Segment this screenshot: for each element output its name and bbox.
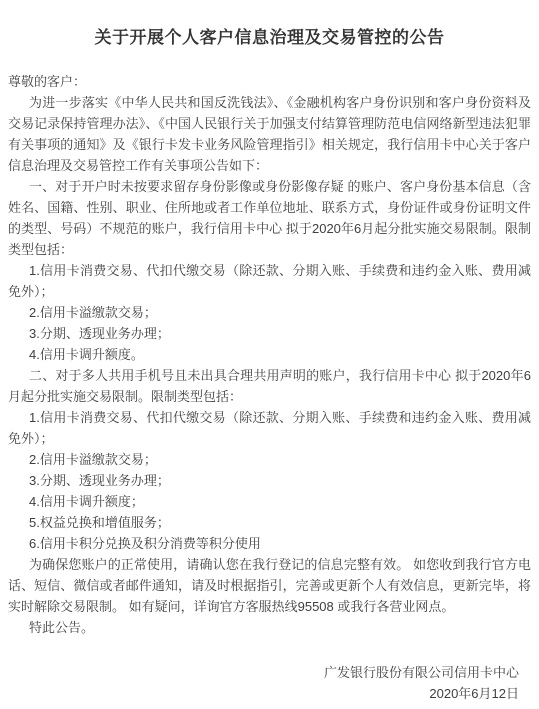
section-2-item-6: 6.信用卡积分兑换及积分消费等积分使用	[8, 533, 531, 554]
section-1-item-1: 1.信用卡消费交易、代扣代缴交易（除还款、分期入账、手续费和违约金入账、费用减免…	[8, 260, 531, 302]
section-2-item-3: 3.分期、透现业务办理；	[8, 470, 531, 491]
closing-statement: 特此公告。	[8, 617, 531, 638]
announcement-page: 关于开展个人客户信息治理及交易管控的公告 尊敬的客户： 为进一步落实《中华人民共…	[0, 0, 539, 709]
signature-company: 广发银行股份有限公司信用卡中心	[8, 662, 519, 683]
salutation: 尊敬的客户：	[8, 71, 531, 92]
section-2-item-4: 4.信用卡调升额度；	[8, 491, 531, 512]
section-2-item-2: 2.信用卡溢缴款交易；	[8, 449, 531, 470]
section-2-item-1: 1.信用卡消费交易、代扣代缴交易（除还款、分期入账、手续费和违约金入账、费用减免…	[8, 407, 531, 449]
section-1-heading: 一、对于开户时未按要求留存身份影像或身份影像存疑 的账户、客户身份基本信息（含姓…	[8, 176, 531, 260]
closing-notice: 为确保您账户的正常使用，请确认您在我行登记的信息完整有效。 如您收到我行官方电话…	[8, 554, 531, 617]
section-2-item-5: 5.权益兑换和增值服务；	[8, 512, 531, 533]
signature-block: 广发银行股份有限公司信用卡中心 2020年6月12日	[8, 662, 531, 704]
signature-date: 2020年6月12日	[8, 683, 519, 704]
section-1-item-2: 2.信用卡溢缴款交易；	[8, 302, 531, 323]
section-2-heading: 二、对于多人共用手机号且未出具合理共用声明的账户，我行信用卡中心 拟于2020年…	[8, 365, 531, 407]
paragraph-intro: 为进一步落实《中华人民共和国反洗钱法》、《金融机构客户身份识别和客户身份资料及交…	[8, 92, 531, 176]
page-title: 关于开展个人客户信息治理及交易管控的公告	[8, 24, 531, 51]
section-1-item-4: 4.信用卡调升额度。	[8, 344, 531, 365]
section-1-item-3: 3.分期、透现业务办理；	[8, 323, 531, 344]
